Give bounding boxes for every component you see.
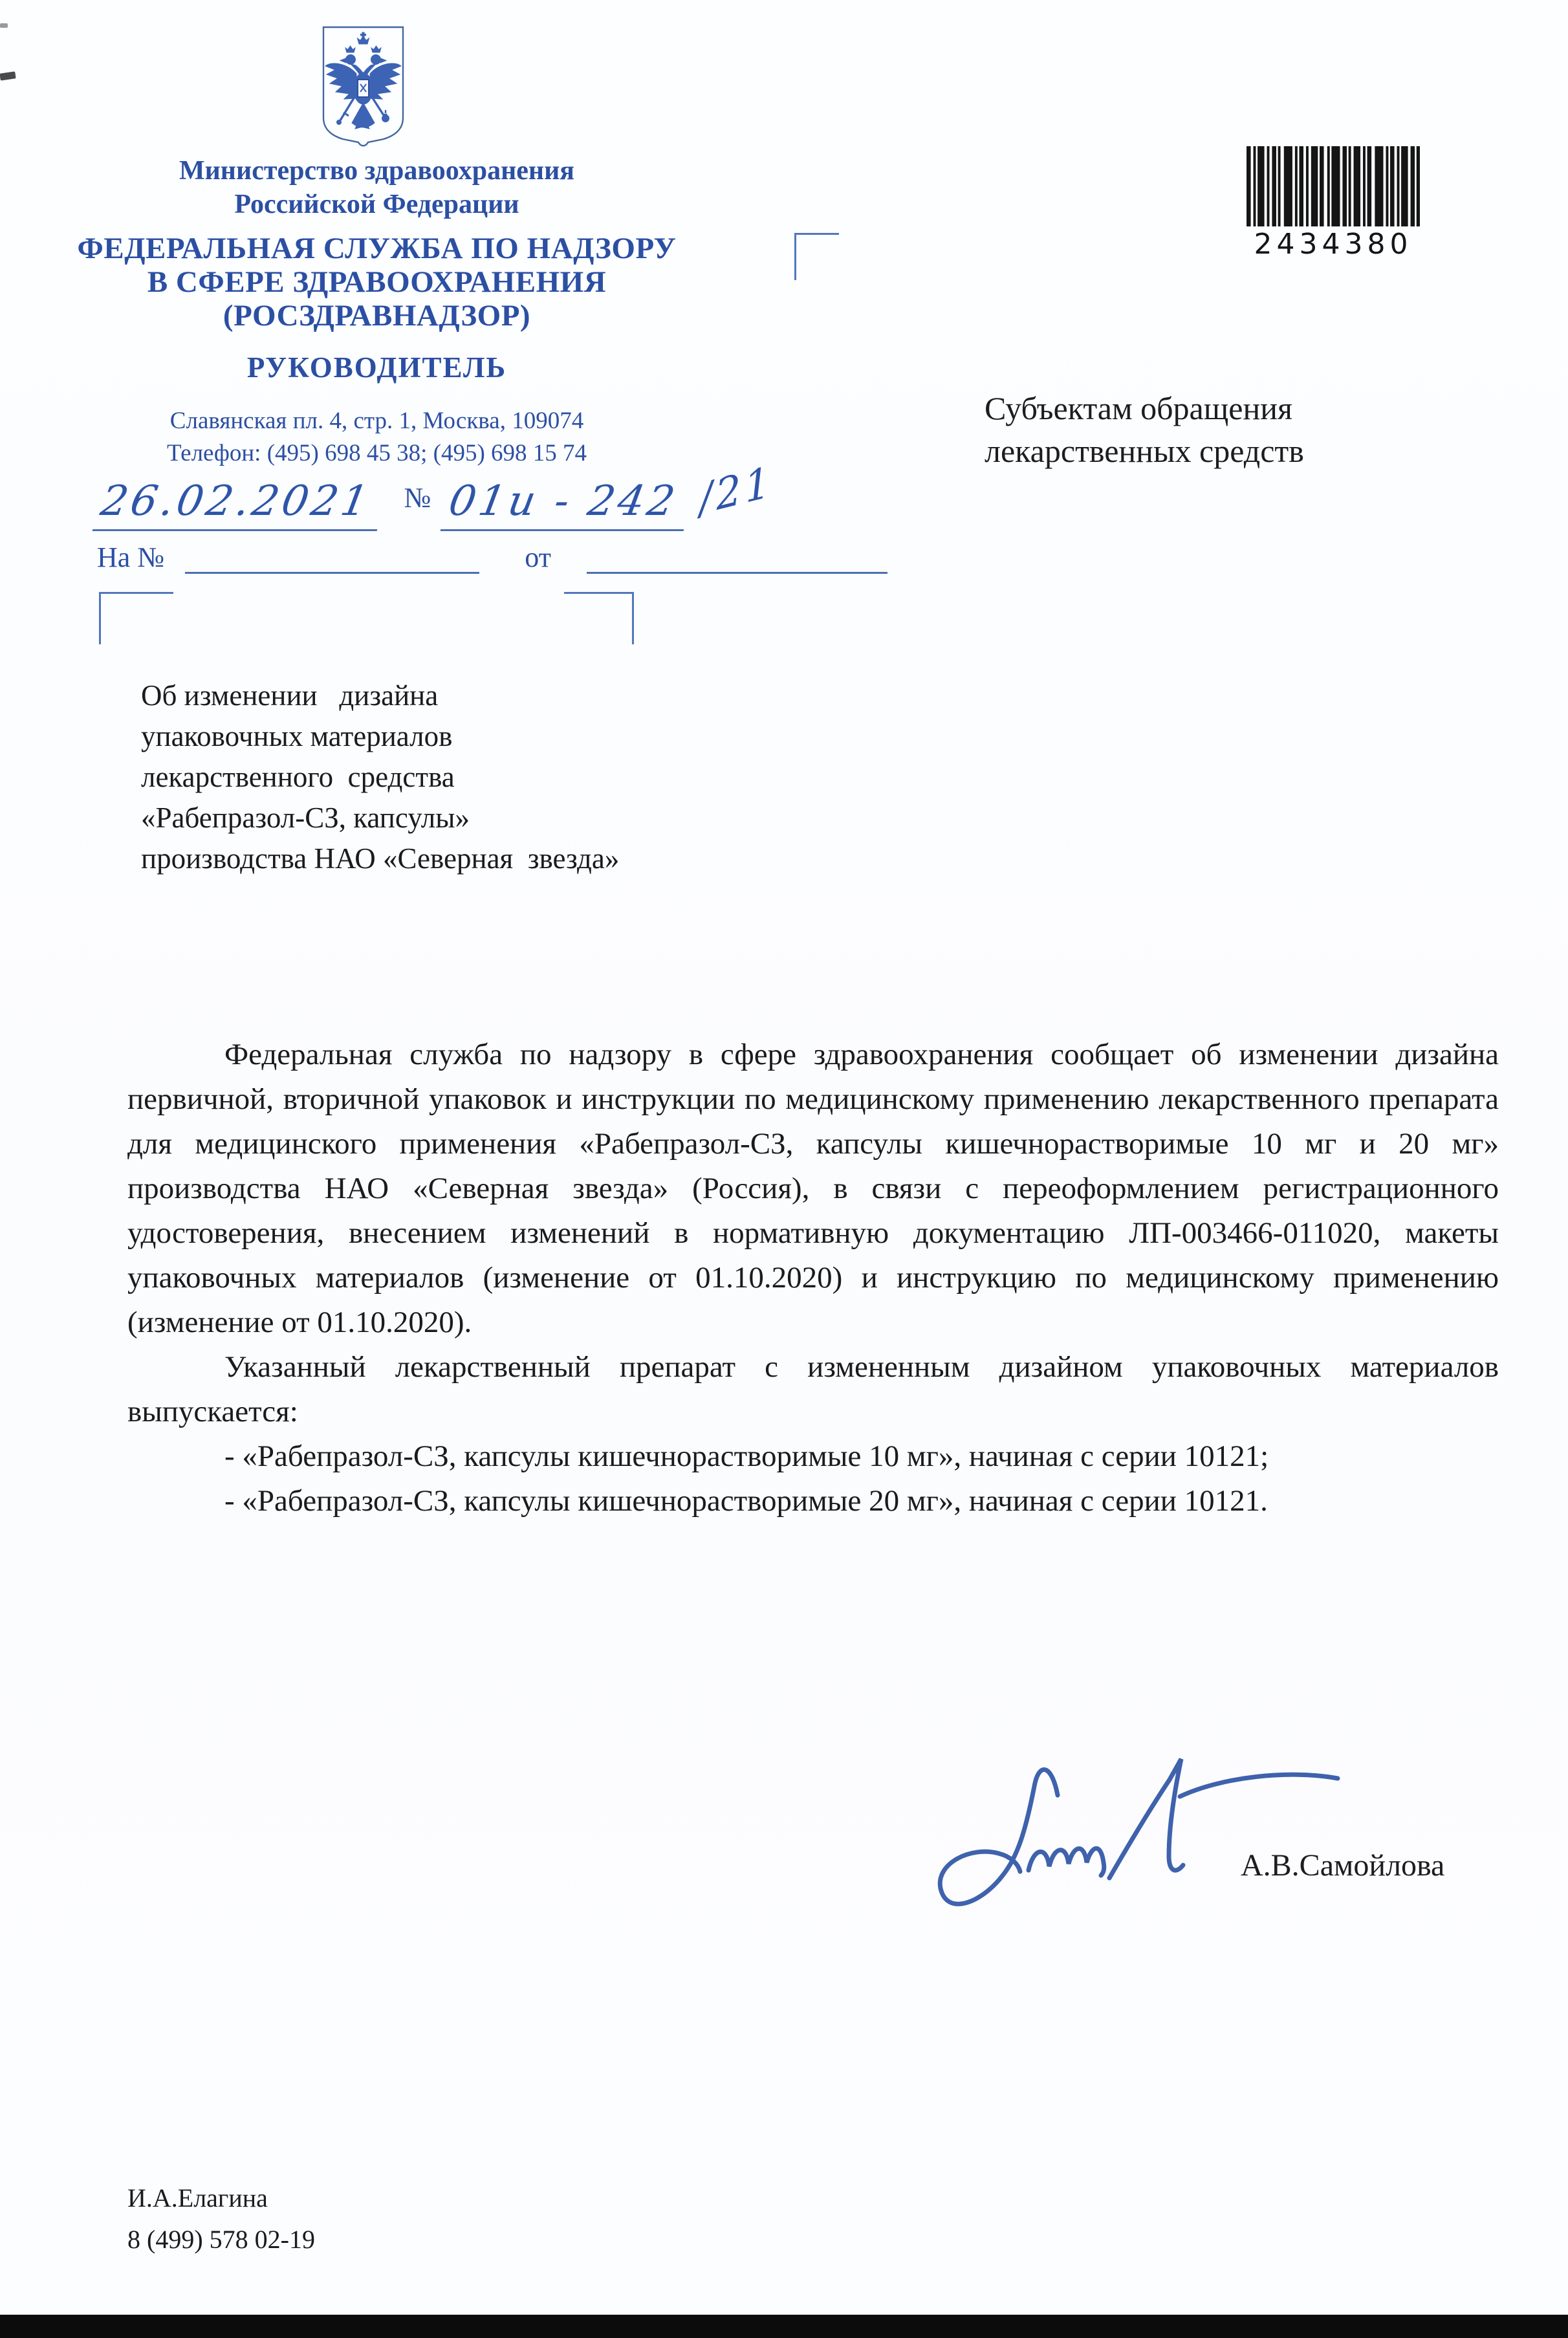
number-sign-label: №: [404, 481, 431, 514]
barcode-icon: [1247, 146, 1420, 226]
document-page: Министерство здравоохранения Российской …: [0, 0, 1568, 2338]
scan-edge-bar: [0, 2315, 1568, 2338]
signer-name: А.В.Самойлова: [1241, 1848, 1444, 1883]
subject-line: упаковочных материалов: [141, 716, 619, 757]
service-name-line1: ФЕДЕРАЛЬНАЯ СЛУЖБА ПО НАДЗОРУ: [74, 232, 679, 265]
recipient-block: Субъектам обращения лекарственных средст…: [985, 387, 1304, 472]
signer-role: РУКОВОДИТЕЛЬ: [74, 351, 679, 384]
subject-line: лекарственного средства: [141, 757, 619, 798]
recipient-zone-bracket: [794, 233, 839, 280]
address-zone-bracket-right: [564, 592, 634, 644]
executor-block: И.А.Елагина 8 (499) 578 02-19: [127, 2178, 315, 2260]
barcode-number: 2434380: [1245, 228, 1421, 261]
body-paragraph-2: Указанный лекарственный препарат с измен…: [127, 1345, 1499, 1434]
service-name-line3: (РОСЗДРАВНАДЗОР): [74, 299, 679, 333]
scan-edge-mark: [0, 23, 8, 28]
handwritten-number: 01и - 242: [441, 477, 693, 531]
handwritten-date: 26.02.2021: [93, 477, 387, 531]
scan-edge-mark: [0, 71, 16, 80]
subject-line: производства НАО «Северная звезда»: [141, 838, 619, 879]
letterhead-address: Славянская пл. 4, стр. 1, Москва, 109074: [74, 405, 679, 437]
ministry-name-line2: Российской Федерации: [74, 188, 679, 221]
subject-line: «Рабепразол-СЗ, капсулы»: [141, 798, 619, 838]
barcode: 2434380: [1245, 146, 1421, 261]
reference-row: 26.02.2021№01и - 242/21: [97, 467, 873, 527]
reply-reference-row: На №от: [97, 541, 887, 574]
subject-block: Об изменении дизайна упаковочных материа…: [141, 675, 619, 879]
service-name-line2: В СФЕРЕ ЗДРАВООХРАНЕНИЯ: [74, 265, 679, 299]
recipient-line1: Субъектам обращения: [985, 387, 1304, 430]
letterhead-phone: Телефон: (495) 698 45 38; (495) 698 15 7…: [74, 437, 679, 470]
subject-line: Об изменении дизайна: [141, 675, 619, 716]
body-paragraph-1: Федеральная служба по надзору в сфере зд…: [127, 1032, 1499, 1345]
reply-number-blank: [185, 543, 479, 574]
executor-name: И.А.Елагина: [127, 2178, 315, 2219]
reply-prefix-label: На №: [97, 541, 164, 573]
signature-icon: [919, 1718, 1365, 1941]
ministry-name-line1: Министерство здравоохранения: [74, 154, 679, 188]
body-bullet-2: - «Рабепразол-СЗ, капсулы кишечнораствор…: [127, 1479, 1499, 1524]
reply-date-blank: [587, 543, 887, 574]
service-name: ФЕДЕРАЛЬНАЯ СЛУЖБА ПО НАДЗОРУ В СФЕРЕ ЗД…: [74, 232, 679, 333]
letterhead: Министерство здравоохранения Российской …: [74, 154, 679, 470]
coat-of-arms-icon: [320, 25, 406, 149]
address-zone-bracket-left: [99, 592, 173, 644]
recipient-line2: лекарственных средств: [985, 430, 1304, 472]
reply-from-label: от: [525, 541, 551, 573]
executor-phone: 8 (499) 578 02-19: [127, 2219, 315, 2260]
handwritten-number-suffix: /21: [697, 457, 775, 525]
body-bullet-1: - «Рабепразол-СЗ, капсулы кишечнораствор…: [127, 1434, 1499, 1479]
letter-body: Федеральная служба по надзору в сфере зд…: [127, 1032, 1499, 1524]
